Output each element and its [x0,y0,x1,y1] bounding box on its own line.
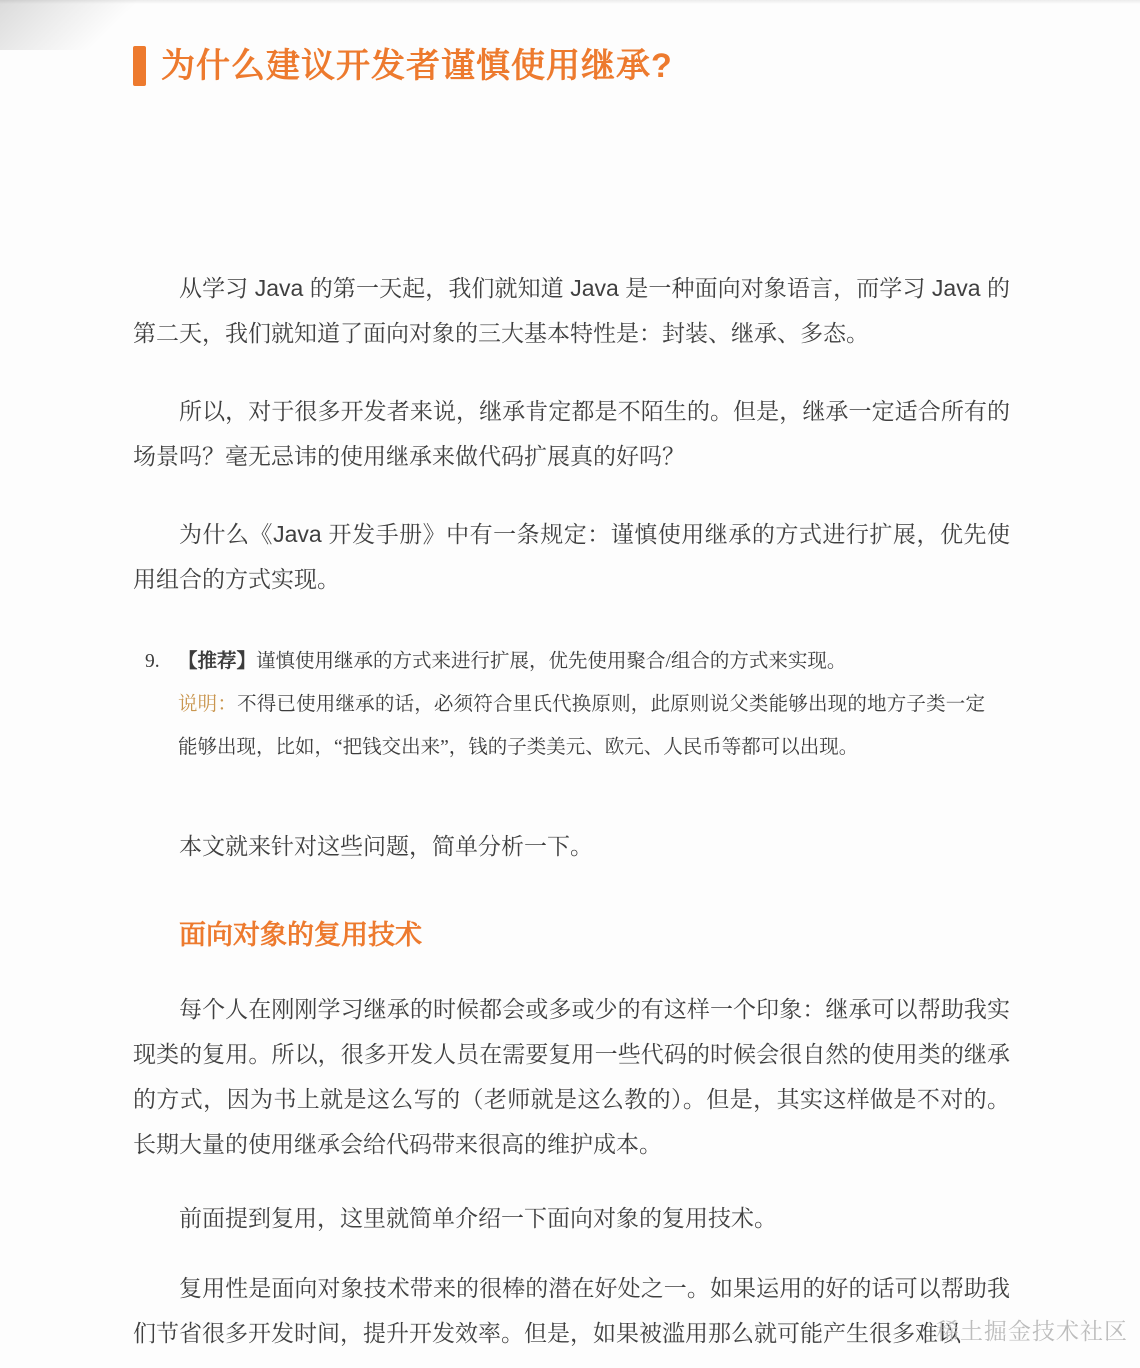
section-heading: 面向对象的复用技术 [133,915,1010,955]
section-paragraph-2: 前面提到复用，这里就简单介绍一下面向对象的复用技术。 [133,1196,1010,1241]
quote-note-label: 说明： [178,694,237,715]
quote-recommend-tag: 【推荐】 [178,651,256,672]
quote-content: 【推荐】谨慎使用继承的方式来进行扩展，优先使用聚合/组合的方式来实现。 说明：不… [178,640,1010,769]
page-title: 为什么建议开发者谨慎使用继承? [161,42,673,90]
quote-rule-text: 谨慎使用继承的方式来进行扩展，优先使用聚合/组合的方式来实现。 [256,651,846,672]
section-paragraph-3: 复用性是面向对象技术带来的很棒的潜在好处之一。如果运用的好的话可以帮助我们节省很… [133,1266,1010,1356]
intro-paragraph-1: 从学习 Java 的第一天起，我们就知道 Java 是一种面向对象语言，而学习 … [133,266,1010,356]
section-paragraph-1: 每个人在刚刚学习继承的时候都会或多或少的有这样一个印象：继承可以帮助我实现类的复… [133,987,1010,1167]
lead-paragraph: 本文就来针对这些问题，简单分析一下。 [133,824,1010,869]
title-section: 为什么建议开发者谨慎使用继承? [133,42,1010,90]
intro-paragraph-3: 为什么《Java 开发手册》中有一条规定：谨慎使用继承的方式进行扩展，优先使用组… [133,512,1010,602]
quote-rule-line: 【推荐】谨慎使用继承的方式来进行扩展，优先使用聚合/组合的方式来实现。 [178,640,985,683]
quote-note-line: 说明：不得已使用继承的话，必须符合里氏代换原则，此原则说父类能够出现的地方子类一… [178,694,985,758]
article-content: 为什么建议开发者谨慎使用继承? 从学习 Java 的第一天起，我们就知道 Jav… [0,0,1140,1356]
title-accent-bar [133,46,146,86]
intro-paragraph-2: 所以，对于很多开发者来说，继承肯定都是不陌生的。但是，继承一定适合所有的场景吗？… [133,389,1010,479]
manual-quote-block: 9. 【推荐】谨慎使用继承的方式来进行扩展，优先使用聚合/组合的方式来实现。 说… [133,640,1010,769]
article-page: 为什么建议开发者谨慎使用继承? 从学习 Java 的第一天起，我们就知道 Jav… [0,0,1140,1368]
quote-item-number: 9. [145,640,178,769]
watermark: 稀土掘金技术社区 [936,1313,1128,1346]
quote-note-text: 不得已使用继承的话，必须符合里氏代换原则，此原则说父类能够出现的地方子类一定能够… [178,694,985,758]
